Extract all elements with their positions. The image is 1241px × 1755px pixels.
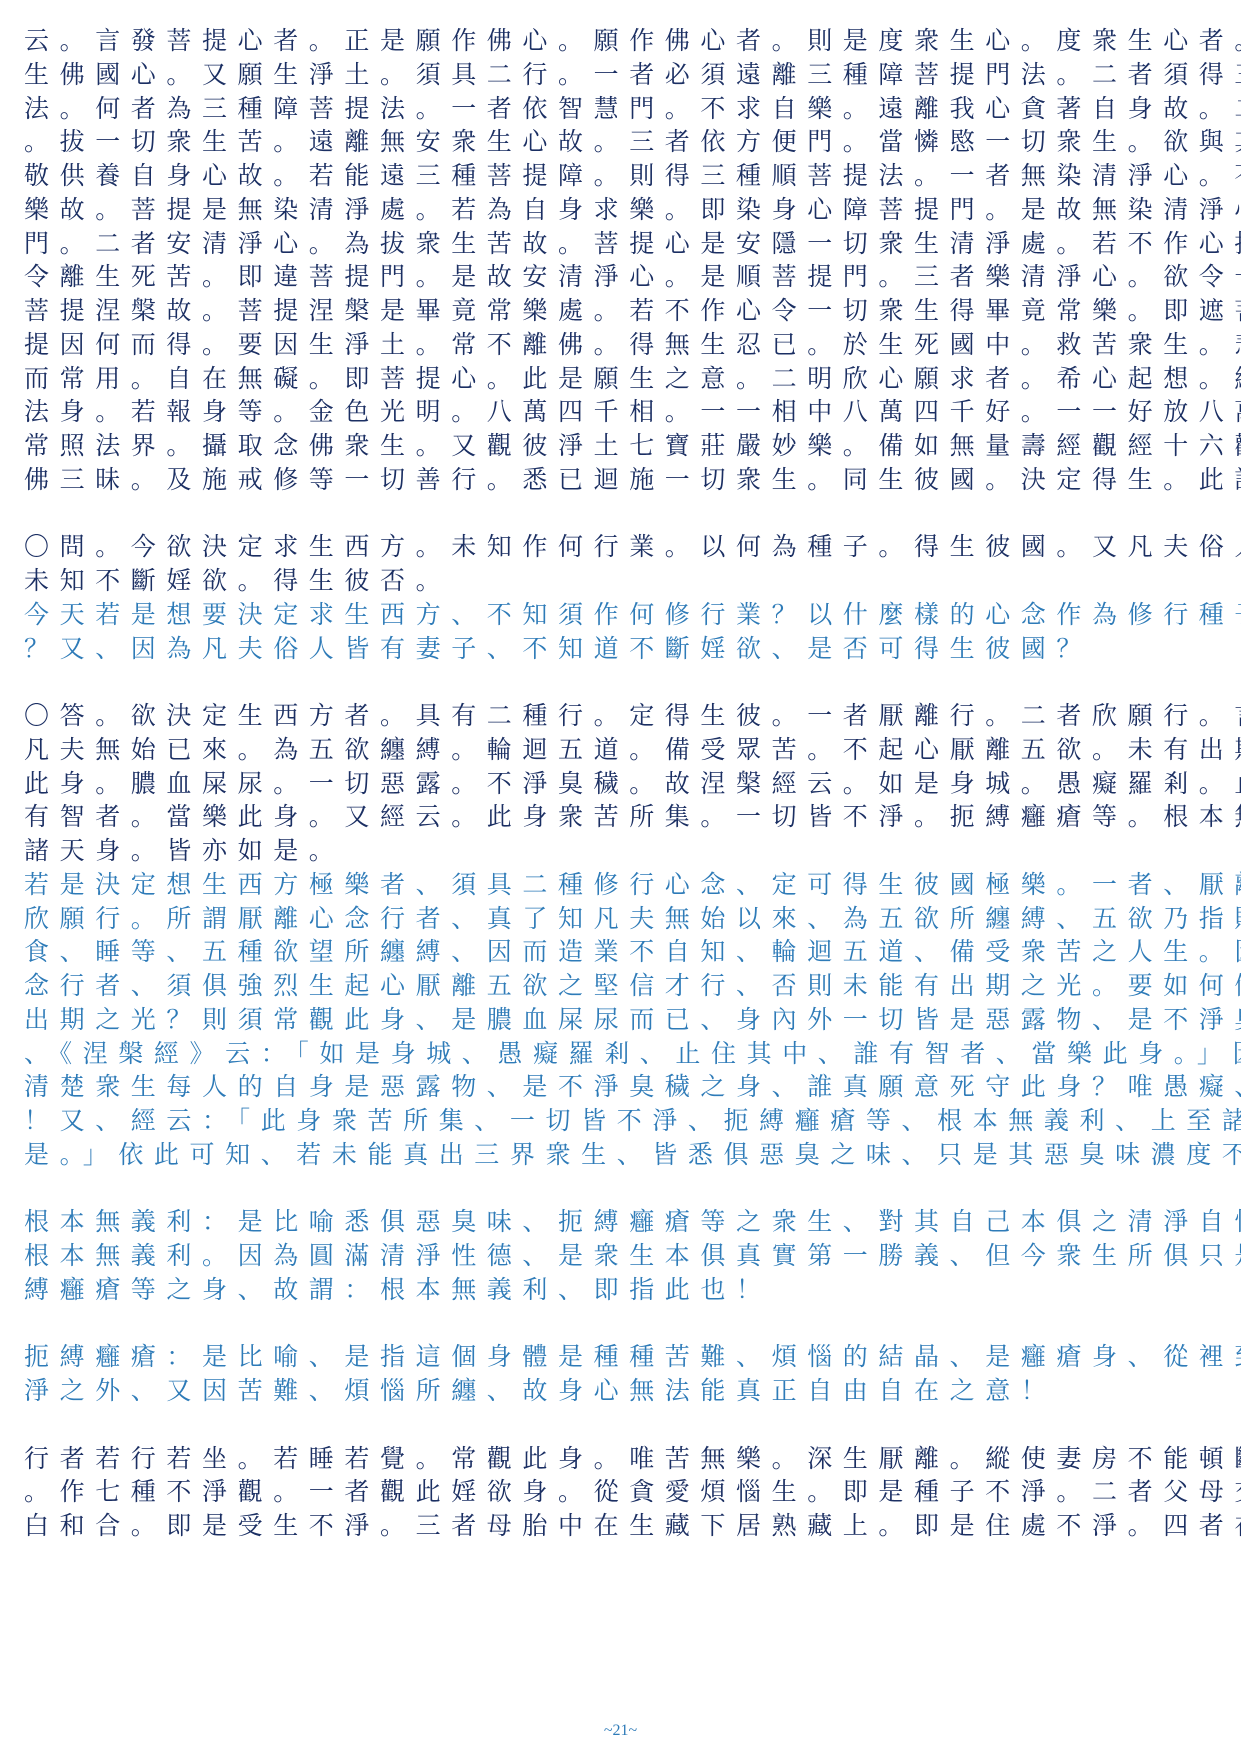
text-line: 法身。若報身等。金色光明。八萬四千相。一一相中八萬四千好。一一好放八萬四千光明。 bbox=[24, 395, 1224, 429]
answer-passage: 〇答。欲決定生西方者。具有二種行。定得生彼。一者厭離行。二者欣願行。言厭離行者。… bbox=[24, 699, 1224, 868]
answer-commentary: 若是決定想生西方極樂者、須具二種修行心念、定可得生彼國極樂。一者、厭離行、二者、… bbox=[24, 868, 1224, 1172]
text-line: 常照法界。攝取念佛衆生。又觀彼淨土七寶莊嚴妙樂。備如無量壽經觀經十六觀等。常行念 bbox=[24, 429, 1224, 463]
text-line: 根本無義利。因為圓滿清淨性德、是衆生本俱真實第一勝義、但今衆生所俱只是惡臭味、扼 bbox=[24, 1239, 1224, 1273]
text-line: 食、睡等、五種欲望所纏縛、因而造業不自知、輪迴五道、備受衆苦之人生。因此、厭離心 bbox=[24, 935, 1224, 969]
original-passage-2: 行者若行若坐。若睡若覺。常觀此身。唯苦無樂。深生厭離。縱使妻房不能頓斷。漸漸生厭… bbox=[24, 1442, 1224, 1543]
text-line: 今天若是想要決定求生西方、不知須作何修行業？以什麼樣的心念作為修行種子、得生彼國 bbox=[24, 598, 1224, 632]
text-line: ！又、經云：「此身衆苦所集、一切皆不淨、扼縛癰瘡等、根本無義利、上至諸天身、皆亦… bbox=[24, 1104, 1224, 1138]
text-line: 〇答。欲決定生西方者。具有二種行。定得生彼。一者厭離行。二者欣願行。言厭離行者。 bbox=[24, 699, 1224, 733]
text-line: 行者若行若坐。若睡若覺。常觀此身。唯苦無樂。深生厭離。縱使妻房不能頓斷。漸漸生厭 bbox=[24, 1442, 1224, 1476]
text-line: 是。」依此可知、若未能真出三界衆生、皆悉俱惡臭之味、只是其惡臭味濃度不同而已！ bbox=[24, 1138, 1224, 1172]
text-line: 凡夫無始已來。為五欲纏縛。輪迴五道。備受眾苦。不起心厭離五欲。未有出期。為此常觀 bbox=[24, 733, 1224, 767]
text-line: 提因何而得。要因生淨土。常不離佛。得無生忍已。於生死國中。救苦衆生。悲智內融。定 bbox=[24, 328, 1224, 362]
text-line: 白和合。即是受生不淨。三者母胎中在生藏下居熟藏上。即是住處不淨。四者在母胎時。唯 bbox=[24, 1509, 1224, 1543]
text-line: 〇問。今欲決定求生西方。未知作何行業。以何為種子。得生彼國。又凡夫俗人皆有妻子。 bbox=[24, 530, 1224, 564]
text-line: 佛三昧。及施戒修等一切善行。悉已迴施一切衆生。同生彼國。決定得生。此謂欣願門也。 bbox=[24, 463, 1224, 497]
paragraph-gap bbox=[24, 497, 1224, 531]
text-line: 、《涅槃經》云：「如是身城、愚癡羅剎、止住其中、誰有智者、當樂此身。」因為、若真… bbox=[24, 1037, 1224, 1071]
text-line: ？又、因為凡夫俗人皆有妻子、不知道不斷婬欲、是否可得生彼國？ bbox=[24, 632, 1224, 666]
text-line: 諸天身。皆亦如是。 bbox=[24, 834, 1224, 868]
paragraph-gap bbox=[24, 665, 1224, 699]
text-line: 敬供養自身心故。若能遠三種菩提障。則得三種順菩提法。一者無染清淨心。不為自身求諸 bbox=[24, 159, 1224, 193]
page-number: ~21~ bbox=[0, 1722, 1241, 1740]
text-line: 出期之光？則須常觀此身、是膿血屎尿而已、身內外一切皆是惡露物、是不淨臭穢之身。故 bbox=[24, 1003, 1224, 1037]
text-line: 此身。膿血屎尿。一切惡露。不淨臭穢。故涅槃經云。如是身城。愚癡羅剎。止住其中。誰 bbox=[24, 767, 1224, 801]
glossary-note-1: 根本無義利：是比喻悉俱惡臭味、扼縛癰瘡等之衆生、對其自己本俱之清淨自性體而言、是… bbox=[24, 1205, 1224, 1306]
paragraph-gap bbox=[24, 1408, 1224, 1442]
text-line: 法。何者為三種障菩提法。一者依智慧門。不求自樂。遠離我心貪著自身故。二者依慈悲門 bbox=[24, 92, 1224, 126]
text-line: 未知不斷婬欲。得生彼否。 bbox=[24, 564, 1224, 598]
text-line: 。作七種不淨觀。一者觀此婬欲身。從貪愛煩惱生。即是種子不淨。二者父母交會之時。赤 bbox=[24, 1475, 1224, 1509]
text-line: 而常用。自在無礙。即菩提心。此是願生之意。二明欣心願求者。希心起想。緣彌陀佛。若 bbox=[24, 362, 1224, 396]
text-line: 根本無義利：是比喻悉俱惡臭味、扼縛癰瘡等之衆生、對其自己本俱之清淨自性體而言、是 bbox=[24, 1205, 1224, 1239]
text-line: 令離生死苦。即違菩提門。是故安清淨心。是順菩提門。三者樂清淨心。欲令一切衆生得大 bbox=[24, 260, 1224, 294]
document-page: 云。言發菩提心者。正是願作佛心。願作佛心者。則是度衆生心。度衆生心者。則是攝衆生… bbox=[24, 24, 1224, 1543]
original-passage-1: 云。言發菩提心者。正是願作佛心。願作佛心者。則是度衆生心。度衆生心者。則是攝衆生… bbox=[24, 24, 1224, 497]
question-passage: 〇問。今欲決定求生西方。未知作何行業。以何為種子。得生彼國。又凡夫俗人皆有妻子。… bbox=[24, 530, 1224, 598]
text-line: 扼縛癰瘡：是比喻、是指這個身體是種種苦難、煩惱的結晶、是癰瘡身、從裡到外一切不乾 bbox=[24, 1340, 1224, 1374]
paragraph-gap bbox=[24, 1172, 1224, 1206]
text-line: 念行者、須俱強烈生起心厭離五欲之堅信才行、否則未能有出期之光。要如何修行、才能有 bbox=[24, 969, 1224, 1003]
text-line: 欣願行。所謂厭離心念行者、真了知凡夫無始以來、為五欲所纏縛、五欲乃指財、色、名、 bbox=[24, 902, 1224, 936]
question-commentary: 今天若是想要決定求生西方、不知須作何修行業？以什麼樣的心念作為修行種子、得生彼國… bbox=[24, 598, 1224, 666]
text-line: 。拔一切衆生苦。遠離無安衆生心故。三者依方便門。當憐愍一切衆生。欲與其樂。遠離恭 bbox=[24, 125, 1224, 159]
paragraph-gap bbox=[24, 1307, 1224, 1341]
text-line: 云。言發菩提心者。正是願作佛心。願作佛心者。則是度衆生心。度衆生心者。則是攝衆生 bbox=[24, 24, 1224, 58]
text-line: 若是決定想生西方極樂者、須具二種修行心念、定可得生彼國極樂。一者、厭離行、二者、 bbox=[24, 868, 1224, 902]
text-line: 門。二者安清淨心。為拔衆生苦故。菩提心是安隱一切衆生清淨處。若不作心拔一切衆生。 bbox=[24, 227, 1224, 261]
text-line: 淨之外、又因苦難、煩惱所纏、故身心無法能真正自由自在之意！ bbox=[24, 1374, 1224, 1408]
glossary-note-2: 扼縛癰瘡：是比喻、是指這個身體是種種苦難、煩惱的結晶、是癰瘡身、從裡到外一切不乾… bbox=[24, 1340, 1224, 1408]
text-line: 菩提涅槃故。菩提涅槃是畢竟常樂處。若不作心令一切衆生得畢竟常樂。即遮菩提門。此菩 bbox=[24, 294, 1224, 328]
text-line: 清楚衆生每人的自身是惡露物、是不淨臭穢之身、誰真願意死守此身？唯愚癡、羅剎為是也 bbox=[24, 1070, 1224, 1104]
text-line: 縛癰瘡等之身、故謂：根本無義利、即指此也！ bbox=[24, 1273, 1224, 1307]
text-line: 生佛國心。又願生淨土。須具二行。一者必須遠離三種障菩提門法。二者須得三種順菩提門 bbox=[24, 58, 1224, 92]
text-line: 樂故。菩提是無染清淨處。若為自身求樂。即染身心障菩提門。是故無染清淨心。是順菩提 bbox=[24, 193, 1224, 227]
text-line: 有智者。當樂此身。又經云。此身衆苦所集。一切皆不淨。扼縛癰瘡等。根本無義利。上至 bbox=[24, 800, 1224, 834]
